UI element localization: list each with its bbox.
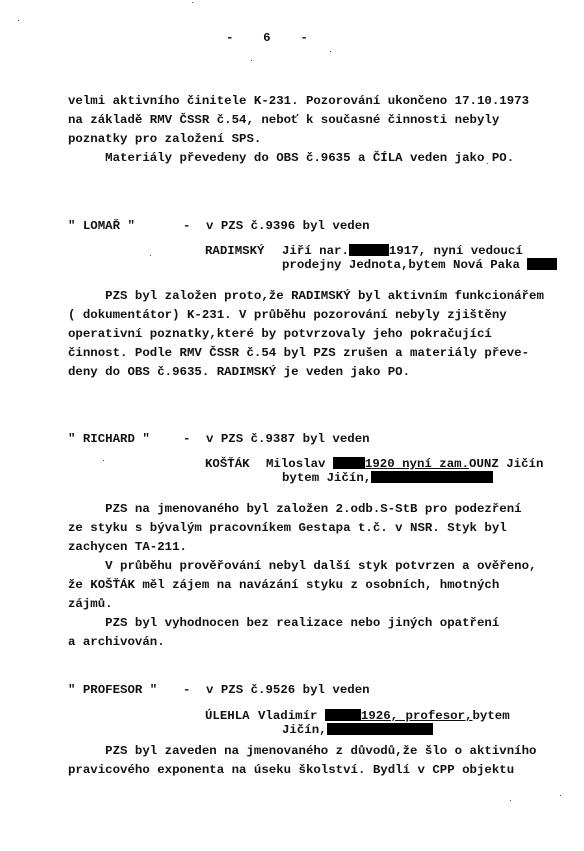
intro-line: na základě RMV ČSSR č.54, neboť k součas…: [68, 113, 499, 127]
intro-line: Materiály převedeny do OBS č.9635 a ČÍLA…: [68, 151, 514, 165]
scan-speck: [487, 163, 488, 164]
body-line: zájmů.: [68, 597, 113, 611]
codename-dash: -: [183, 219, 190, 233]
body-line: PZS byl založen proto,že RADIMSKÝ byl ak…: [68, 289, 544, 303]
person-details: Jiří nar.1917, nyní vedoucí: [282, 244, 523, 258]
scan-speck: [18, 20, 19, 21]
body-line: operativní poznatky,které by potvrzovaly…: [68, 327, 492, 341]
body-line: deny do OBS č.9635. RADIMSKÝ je veden ja…: [68, 365, 410, 379]
scan-speck: [560, 795, 561, 796]
redaction-box: [371, 471, 493, 483]
codename-profesor: " PROFESOR ": [68, 683, 157, 697]
scan-speck: [510, 800, 511, 801]
codename-lomar: " LOMAŘ ": [68, 219, 135, 233]
person-address: Jičín,: [282, 723, 433, 737]
codename-dash: -: [183, 432, 190, 446]
scan-speck: [251, 60, 252, 61]
body-line: a archivován.: [68, 635, 165, 649]
codename-dash: -: [183, 683, 190, 697]
redaction-box: [349, 244, 389, 256]
body-line: pravicového exponenta na úseku školství.…: [68, 763, 514, 777]
body-line: ze styku s bývalým pracovníkem Gestapa t…: [68, 521, 507, 535]
person-details: Vladimír 1926, profesor,bytem: [258, 709, 510, 723]
body-line: PZS na jmenovaného byl založen 2.odb.S-S…: [68, 502, 522, 516]
section-header: v PZS č.9387 byl veden: [206, 432, 370, 446]
person-surname: KOŠŤÁK: [205, 457, 250, 471]
section-header: v PZS č.9396 byl veden: [206, 219, 370, 233]
body-line: že KOŠŤÁK měl zájem na navázání styku z …: [68, 578, 499, 592]
person-surname: RADIMSKÝ: [205, 244, 265, 258]
body-line: zachycen TA-211.: [68, 540, 187, 554]
body-line: PZS byl vyhodnocen bez realizace nebo ji…: [68, 616, 499, 630]
person-surname: ÚLEHLA: [205, 709, 250, 723]
scan-speck: [150, 255, 151, 256]
page-number: - 6 -: [226, 31, 308, 45]
body-line: PZS byl zaveden na jmenovaného z důvodů,…: [68, 744, 536, 758]
scan-speck: [330, 51, 331, 52]
redaction-box: [327, 723, 433, 735]
redaction-box: [325, 709, 361, 721]
intro-line: poznatky pro založení SPS.: [68, 132, 261, 146]
person-details: Miloslav 1920 nyní zam.OUNZ Jičín: [266, 457, 543, 471]
scan-speck: [192, 2, 193, 3]
person-address: bytem Jičín,: [282, 471, 493, 485]
document-page: - 6 - velmi aktivního činitele K-231. Po…: [0, 0, 584, 851]
body-line: V průběhu prověřování nebyl další styk p…: [68, 559, 536, 573]
redaction-box: [333, 457, 365, 469]
intro-line: velmi aktivního činitele K-231. Pozorová…: [68, 94, 529, 108]
section-header: v PZS č.9526 byl veden: [206, 683, 370, 697]
body-line: ( dokumentátor) K-231. V průběhu pozorov…: [68, 308, 507, 322]
scan-speck: [103, 460, 104, 461]
person-address: prodejny Jednota,bytem Nová Paka: [282, 258, 557, 272]
redaction-box: [527, 258, 557, 270]
codename-richard: " RICHARD ": [68, 432, 150, 446]
body-line: činnost. Podle RMV ČSSR č.54 byl PZS zru…: [68, 346, 529, 360]
